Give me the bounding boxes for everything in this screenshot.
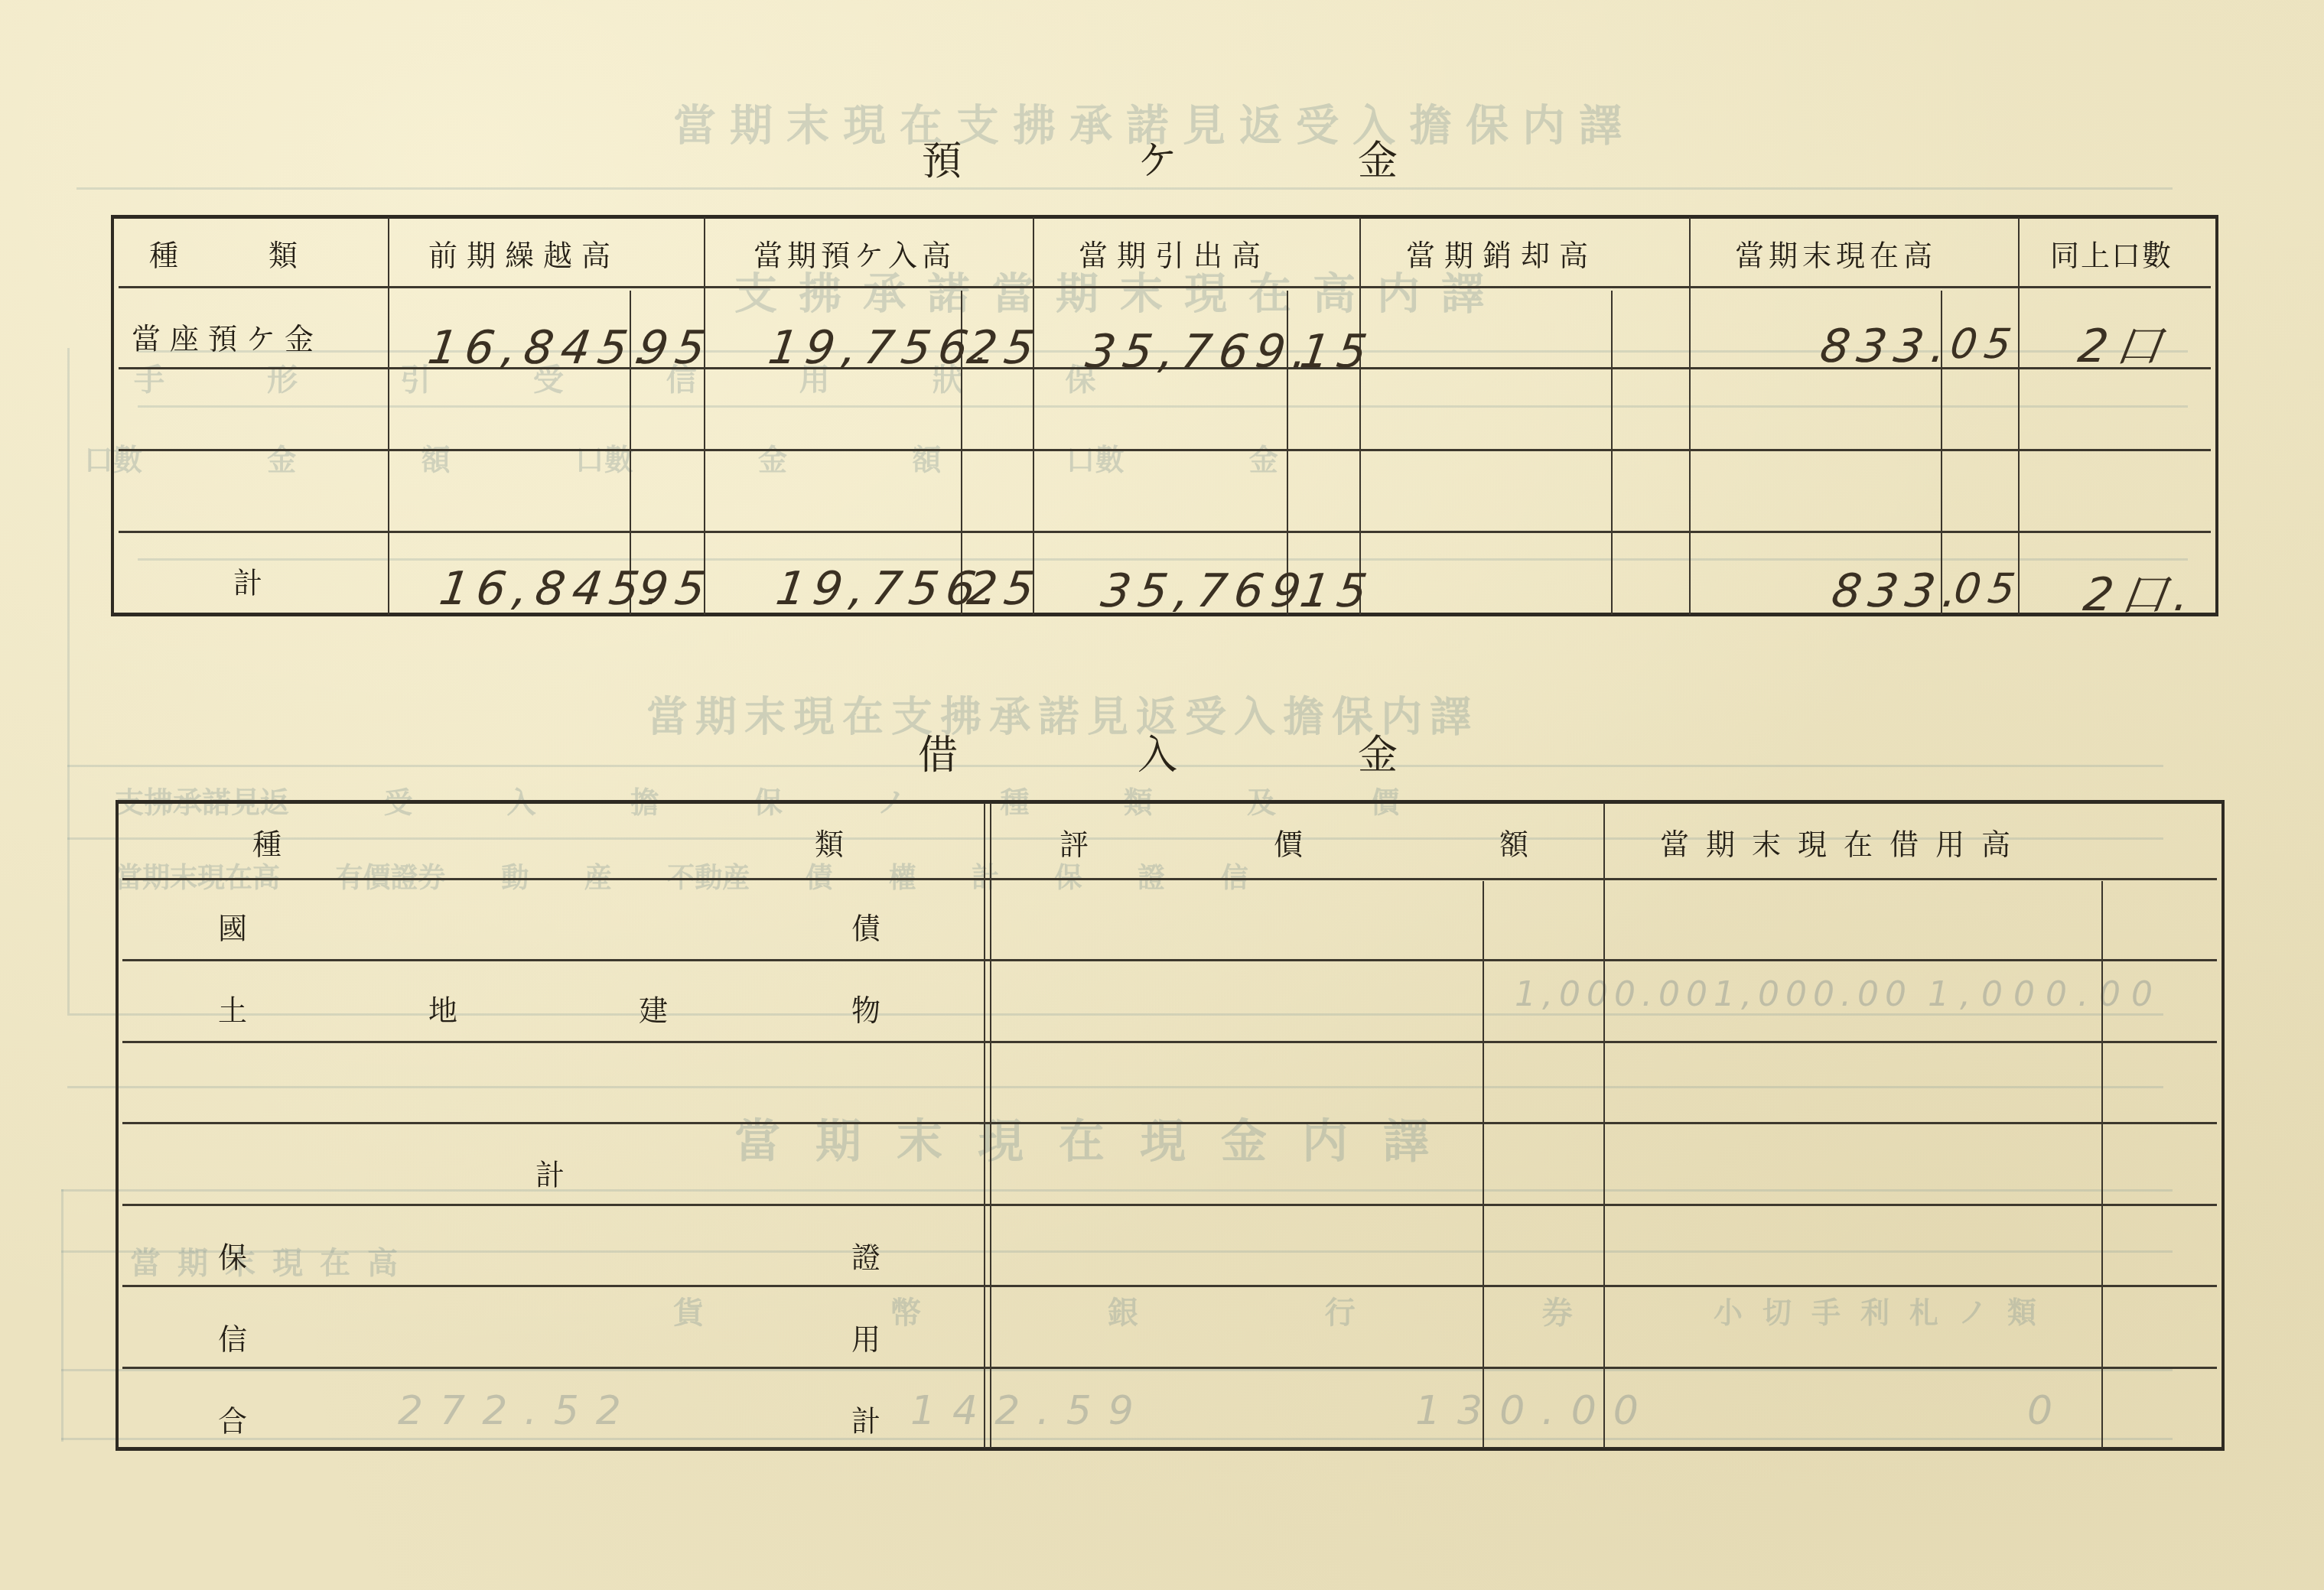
header-period-withdrawals: 當期引出高 <box>1079 232 1270 274</box>
row-guarantee-1: 保 <box>218 1234 247 1276</box>
borrowings-col-divider-double-a <box>984 803 985 1448</box>
deposits-col-divider <box>1033 217 1034 615</box>
row-credit-1: 信 <box>218 1315 247 1358</box>
header-account-count: 同上口數 <box>2050 232 2173 274</box>
row-subtotal: 計 <box>535 1151 565 1193</box>
borrowings-row-line <box>122 878 2217 880</box>
header-period-writeoff: 當期銷却高 <box>1406 232 1597 274</box>
header-prev-carryover: 前期繰越高 <box>428 232 620 274</box>
row-land-buildings-4: 物 <box>851 987 880 1029</box>
header-type: 種 類 <box>149 232 308 274</box>
borrowings-title-char-1: 借 <box>918 723 958 780</box>
borrowings-row-line <box>122 1367 2217 1369</box>
borrowings-row-line <box>122 1041 2217 1043</box>
total-period-end-balance-sen: 05 <box>1951 564 2026 613</box>
row-national-bonds-2: 債 <box>851 905 880 947</box>
borrowings-header-valuation-1: 評 <box>1059 821 1090 863</box>
borrowings-row-line <box>122 1122 2217 1124</box>
deposits-title-char-2: ケ <box>1138 128 1177 186</box>
borrowings-header-valuation-3: 額 <box>1499 821 1530 863</box>
period-end-balance-sen: 05 <box>1948 320 2023 368</box>
row-grand-total-2: 計 <box>851 1397 880 1439</box>
bleed-frame-1-top <box>76 187 2173 190</box>
deposits-col-divider <box>1689 217 1691 615</box>
period-deposits-sen: 25 <box>964 321 1045 375</box>
borrowings-title-char-3: 金 <box>1358 723 1398 780</box>
bleed-frame-2-top <box>67 765 2163 767</box>
deposits-row-line <box>119 531 2211 533</box>
header-period-end-balance: 當期末現在高 <box>1735 232 1937 274</box>
deposits-col-divider <box>704 217 705 615</box>
borrowings-header-period-end-borrowed: 當期末現在借用高 <box>1660 821 2027 863</box>
borrowings-title-char-2: 入 <box>1138 723 1177 780</box>
deposits-row-line <box>119 286 2211 288</box>
period-withdrawals-sen: 15 <box>1297 325 1378 379</box>
borrowings-sen-divider <box>1483 881 1484 1448</box>
total-period-deposits-sen: 25 <box>964 562 1045 616</box>
borrowings-row-line <box>122 959 2217 961</box>
header-period-deposits: 當期預ケ入高 <box>754 232 955 274</box>
deposits-col-divider <box>2018 217 2020 615</box>
row-land-buildings-2: 地 <box>428 987 457 1029</box>
row-land-buildings-1: 土 <box>218 987 247 1029</box>
borrowings-header-type-right: 類 <box>815 821 845 863</box>
total-account-count: 2口. <box>2080 558 2202 624</box>
row-guarantee-2: 證 <box>851 1234 880 1276</box>
borrowings-sen-divider <box>2101 881 2103 1448</box>
bleed-frame-1-left <box>67 348 70 1013</box>
deposits-table-frame <box>111 215 2218 616</box>
borrowings-row-line <box>122 1285 2217 1287</box>
period-end-balance-yen: 833. <box>1817 320 1957 373</box>
borrowings-table-frame <box>116 800 2225 1451</box>
deposits-sen-divider <box>1611 291 1613 615</box>
deposits-title-char-3: 金 <box>1358 128 1398 186</box>
deposits-title-char-1: 預 <box>922 128 962 186</box>
deposits-row-line <box>119 449 2211 451</box>
total-period-end-balance-yen: 833. <box>1828 564 1968 618</box>
bleed-frame-3-left <box>61 1189 63 1442</box>
row-land-buildings-3: 建 <box>639 987 668 1029</box>
row-type-current-deposit: 當座預ケ金 <box>132 315 323 357</box>
prev-carryover-sen: 95 <box>635 321 716 375</box>
total-prev-carryover-sen: 95 <box>635 562 716 616</box>
borrowings-header-type-left: 種 <box>252 821 283 863</box>
borrowings-col-divider <box>1603 803 1605 1448</box>
deposits-col-divider <box>1359 217 1361 615</box>
prev-carryover-yen: 16,845. <box>425 321 661 375</box>
row-credit-2: 用 <box>851 1315 880 1358</box>
borrowings-col-divider-double-b <box>990 803 991 1448</box>
period-withdrawals-yen: 35,769. <box>1082 325 1319 379</box>
deposits-col-divider <box>388 217 389 615</box>
total-period-withdrawals-sen: 15 <box>1297 564 1378 618</box>
total-label: 計 <box>233 559 262 601</box>
bleed-subtitle-2: 當期末現在支拂承諾見返受入擔保内譯 <box>646 684 1479 743</box>
borrowings-header-valuation-2: 價 <box>1274 821 1304 863</box>
row-grand-total-1: 合 <box>218 1397 247 1439</box>
account-count-value: 2口 <box>2075 310 2174 376</box>
borrowings-row-line <box>122 1204 2217 1206</box>
row-national-bonds-1: 國 <box>218 905 247 947</box>
